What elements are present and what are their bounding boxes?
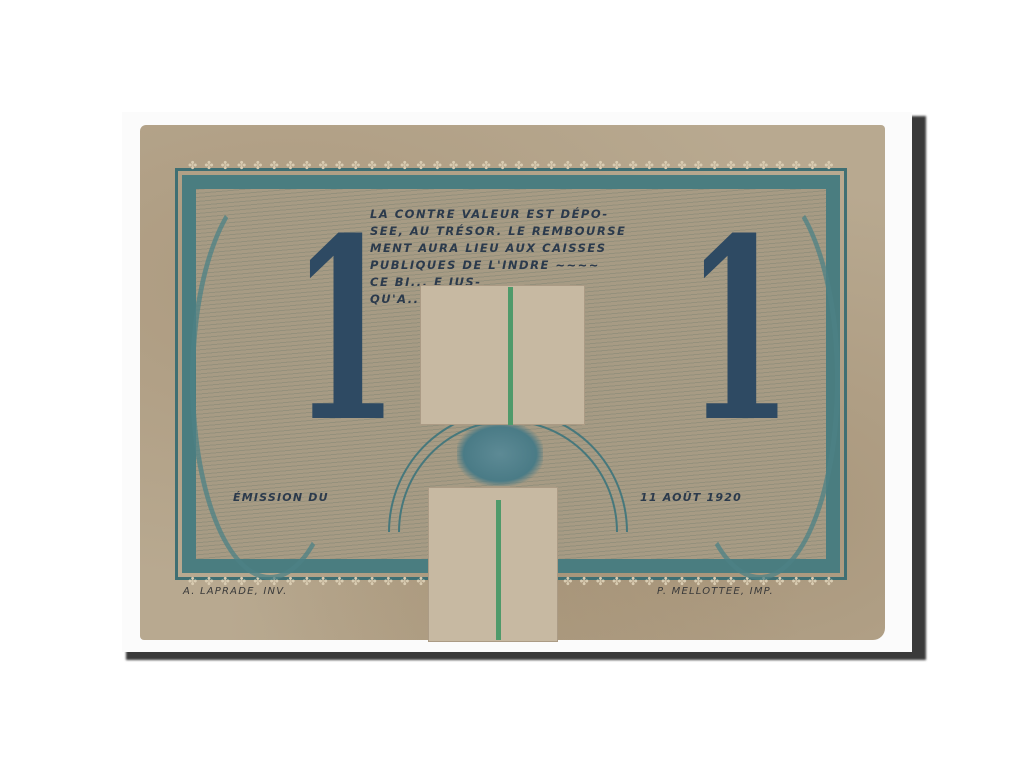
clover-ornament-icon: ✤ — [824, 575, 833, 589]
clover-ornament-icon: ✤ — [563, 159, 572, 173]
clover-ornament-icon: ✤ — [612, 575, 621, 589]
clover-ornament-icon: ✤ — [400, 575, 409, 589]
clover-ornament-icon: ✤ — [824, 159, 833, 173]
clover-ornament-icon: ✤ — [465, 159, 474, 173]
tape-patch-lower — [428, 487, 558, 642]
clover-ornament-icon: ✤ — [645, 159, 654, 173]
clover-ornament-icon: ✤ — [302, 159, 311, 173]
clover-ornament-icon: ✤ — [367, 159, 376, 173]
clover-ornament-icon: ✤ — [661, 159, 670, 173]
clover-ornament-icon: ✤ — [792, 575, 801, 589]
clover-ornament-icon: ✤ — [628, 159, 637, 173]
central-emblem-icon — [457, 422, 543, 486]
clover-ornament-icon: ✤ — [416, 575, 425, 589]
clover-ornament-icon: ✤ — [645, 575, 654, 589]
clover-ornament-icon: ✤ — [726, 159, 735, 173]
denomination-right: 1 — [685, 205, 793, 455]
clover-ornament-icon: ✤ — [531, 159, 540, 173]
clover-ornament-icon: ✤ — [547, 159, 556, 173]
clover-ornament-icon: ✤ — [319, 575, 328, 589]
clover-ornament-icon: ✤ — [221, 159, 230, 173]
clover-ornament-icon: ✤ — [710, 159, 719, 173]
clover-ornament-icon: ✤ — [433, 159, 442, 173]
clover-ornament-icon: ✤ — [286, 159, 295, 173]
clover-ornament-icon: ✤ — [808, 575, 817, 589]
emission-date: 11 AOÛT 1920 — [640, 491, 742, 504]
clover-ornament-icon: ✤ — [628, 575, 637, 589]
clover-ornament-icon: ✤ — [580, 575, 589, 589]
clover-ornament-icon: ✤ — [694, 159, 703, 173]
clover-ornament-icon: ✤ — [596, 575, 605, 589]
clover-ornament-icon: ✤ — [319, 159, 328, 173]
clover-ornament-icon: ✤ — [384, 575, 393, 589]
clover-ornament-icon: ✤ — [302, 575, 311, 589]
guarantee-line: PUBLIQUES DE L'INDRE ~~~~ — [370, 257, 626, 274]
clover-ornament-icon: ✤ — [808, 159, 817, 173]
guarantee-line: SEE, AU TRÉSOR. LE REMBOURSE — [370, 223, 626, 240]
clover-ornament-icon: ✤ — [253, 159, 262, 173]
designer-credit: A. LAPRADE, INV. — [183, 586, 288, 597]
clover-ornament-icon: ✤ — [563, 575, 572, 589]
clover-ornament-icon: ✤ — [792, 159, 801, 173]
clover-ornament-icon: ✤ — [514, 159, 523, 173]
clover-ornament-icon: ✤ — [188, 159, 197, 173]
clover-ornament-icon: ✤ — [400, 159, 409, 173]
clover-ornament-icon: ✤ — [775, 575, 784, 589]
clover-ornament-icon: ✤ — [775, 159, 784, 173]
clover-ornament-icon: ✤ — [335, 575, 344, 589]
clover-ornament-icon: ✤ — [482, 159, 491, 173]
guarantee-line: MENT AURA LIEU AUX CAISSES — [370, 240, 626, 257]
clover-ornament-icon: ✤ — [270, 159, 279, 173]
guarantee-line: LA CONTRE VALEUR EST DÉPO- — [370, 206, 626, 223]
printer-credit: P. MELLOTTEE, IMP. — [657, 586, 774, 597]
clover-ornament-icon: ✤ — [351, 575, 360, 589]
clover-ornament-icon: ✤ — [580, 159, 589, 173]
clover-ornament-icon: ✤ — [596, 159, 605, 173]
clover-ornament-icon: ✤ — [677, 159, 686, 173]
clover-ornament-icon: ✤ — [449, 159, 458, 173]
emission-label: ÉMISSION DU — [233, 491, 329, 504]
tape-strip-upper — [508, 287, 513, 425]
clover-ornament-icon: ✤ — [384, 159, 393, 173]
tape-patch-upper — [420, 285, 585, 425]
clover-ornament-icon: ✤ — [759, 159, 768, 173]
tape-strip-lower — [496, 500, 501, 640]
clover-ornament-icon: ✤ — [237, 159, 246, 173]
clover-ornament-icon: ✤ — [416, 159, 425, 173]
clover-ornament-icon: ✤ — [204, 159, 213, 173]
clover-ornament-icon: ✤ — [367, 575, 376, 589]
clover-ornament-icon: ✤ — [612, 159, 621, 173]
clover-border-top: ✤✤✤✤✤✤✤✤✤✤✤✤✤✤✤✤✤✤✤✤✤✤✤✤✤✤✤✤✤✤✤✤✤✤✤✤✤✤✤✤ — [188, 159, 834, 173]
clover-ornament-icon: ✤ — [743, 159, 752, 173]
clover-ornament-icon: ✤ — [351, 159, 360, 173]
clover-ornament-icon: ✤ — [498, 159, 507, 173]
clover-ornament-icon: ✤ — [335, 159, 344, 173]
